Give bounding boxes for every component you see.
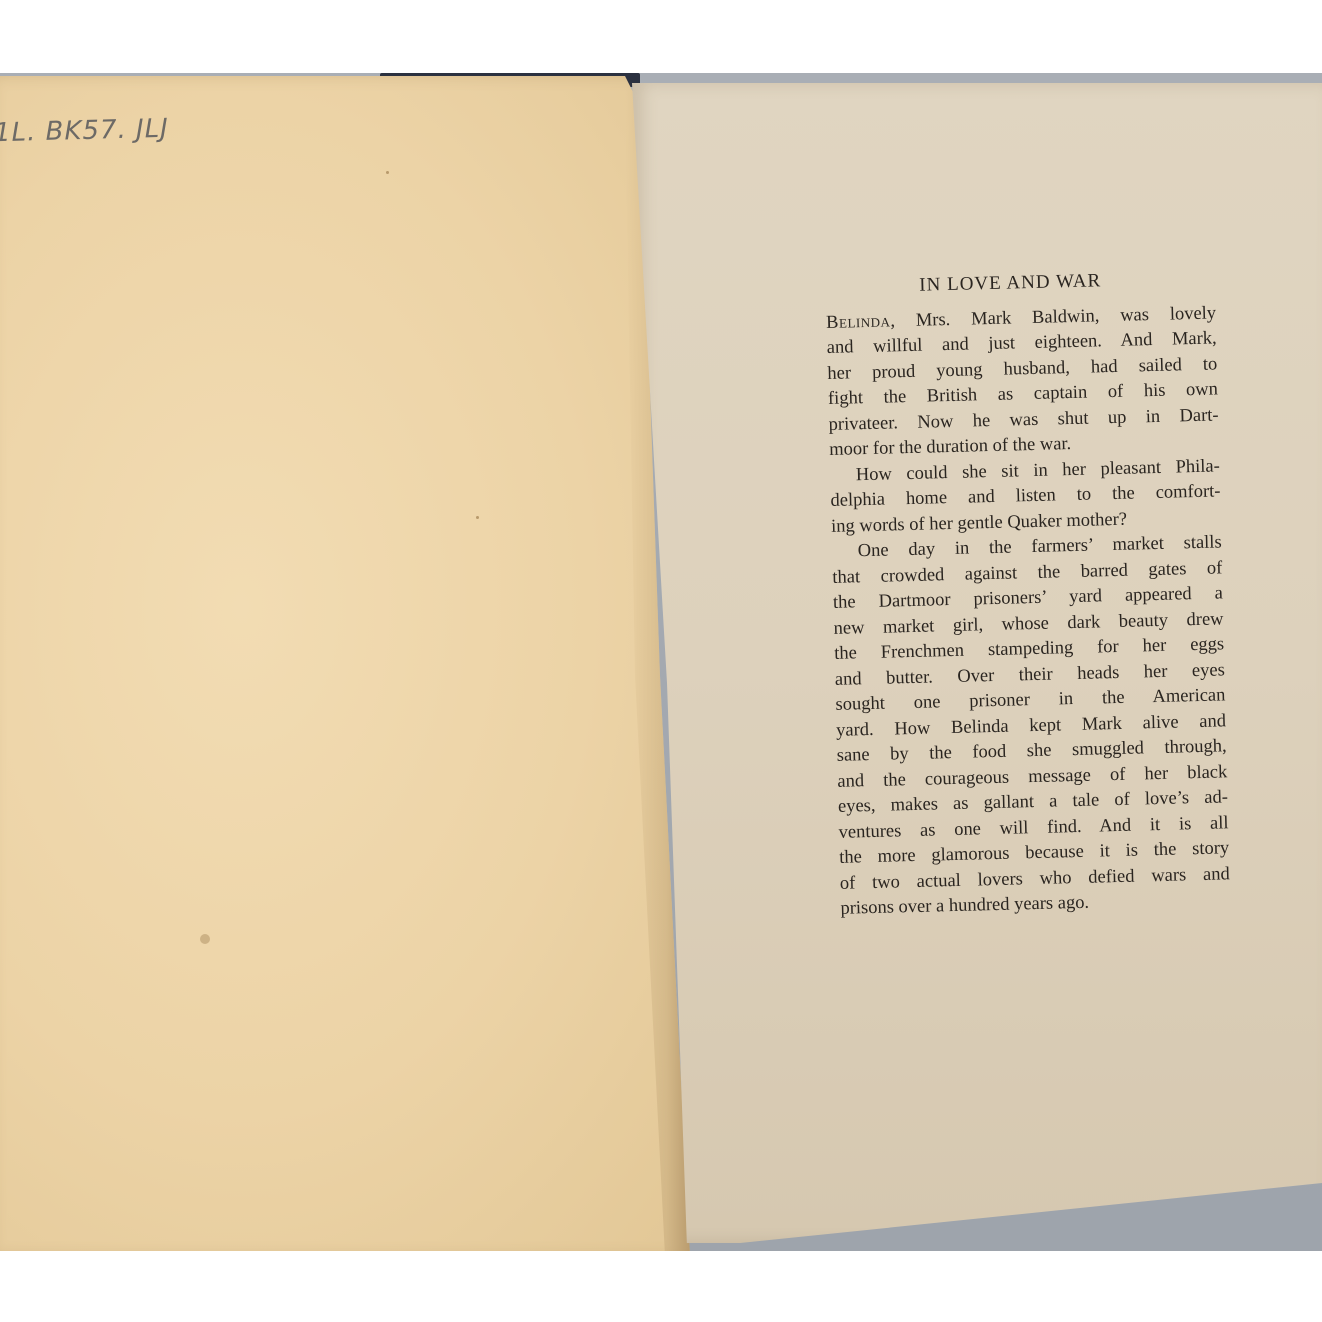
handwritten-note: 1L. BK57. JLJ bbox=[0, 114, 169, 149]
blurb-paragraph-2: How could she sit in her pleasant Phila-… bbox=[830, 454, 1222, 540]
opening-word: Belinda bbox=[826, 311, 891, 333]
paper-speck bbox=[386, 171, 389, 174]
blurb-paragraph-1: Belinda, Mrs. Mark Baldwin, was lovely a… bbox=[826, 301, 1220, 463]
blurb-paragraph-3: One day in the farmers’ market stalls th… bbox=[831, 530, 1230, 922]
left-endpaper: 1L. BK57. JLJ bbox=[0, 76, 690, 1251]
paper-speck bbox=[476, 516, 479, 519]
paper-speck bbox=[200, 934, 210, 944]
flap-blurb: IN LOVE AND WAR Belinda, Mrs. Mark Baldw… bbox=[825, 265, 1231, 922]
